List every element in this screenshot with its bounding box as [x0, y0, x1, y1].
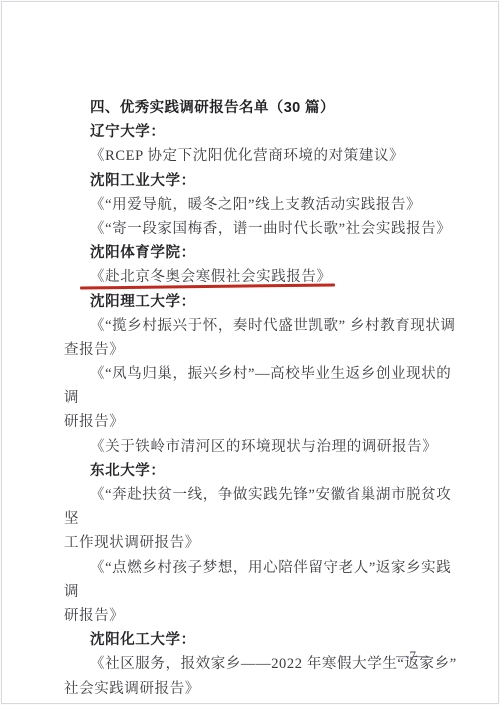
page-number: —7— [396, 648, 430, 664]
report-title: 《RCEP 协定下沈阳优化营商环境的对策建议》 [64, 144, 464, 168]
section-title: 四、优秀实践调研报告名单（30 篇） [64, 96, 464, 120]
university-heading: 沈阳理工大学： [64, 290, 464, 314]
university-heading: 东北大学： [64, 459, 464, 483]
document-page: 四、优秀实践调研报告名单（30 篇） 辽宁大学：《RCEP 协定下沈阳优化营商环… [1, 1, 499, 704]
report-title: 《“凤鸟归巢，振兴乡村”—高校毕业生返乡创业现状的调 研报告》 [64, 362, 464, 435]
report-title: 《“揽乡村振兴于怀，奏时代盛世凯歌” 乡村教育现状调 查报告》 [64, 314, 464, 362]
university-heading: 沈阳体育学院： [64, 241, 464, 265]
report-title: 《“用爱导航，暖冬之阳”线上支教活动实践报告》 [64, 193, 464, 217]
university-heading: 沈阳工业大学： [64, 169, 464, 193]
document-body: 四、优秀实践调研报告名单（30 篇） 辽宁大学：《RCEP 协定下沈阳优化营商环… [64, 96, 464, 701]
report-title: 《“寄一段家国梅香，谱一曲时代长歌”社会实践报告》 [64, 217, 464, 241]
report-title: 《“奔赴扶贫一线，争做实践先锋”安徽省巢湖市脱贫攻坚 工作现状调研报告》 [64, 483, 464, 556]
university-heading: 辽宁大学： [64, 120, 464, 144]
report-title: 《“点燃乡村孩子梦想，用心陪伴留守老人”返家乡实践调 研报告》 [64, 556, 464, 629]
report-list: 辽宁大学：《RCEP 协定下沈阳优化营商环境的对策建议》沈阳工业大学：《“用爱导… [64, 120, 464, 701]
report-title: 《关于铁岭市清河区的环境现状与治理的调研报告》 [64, 435, 464, 459]
